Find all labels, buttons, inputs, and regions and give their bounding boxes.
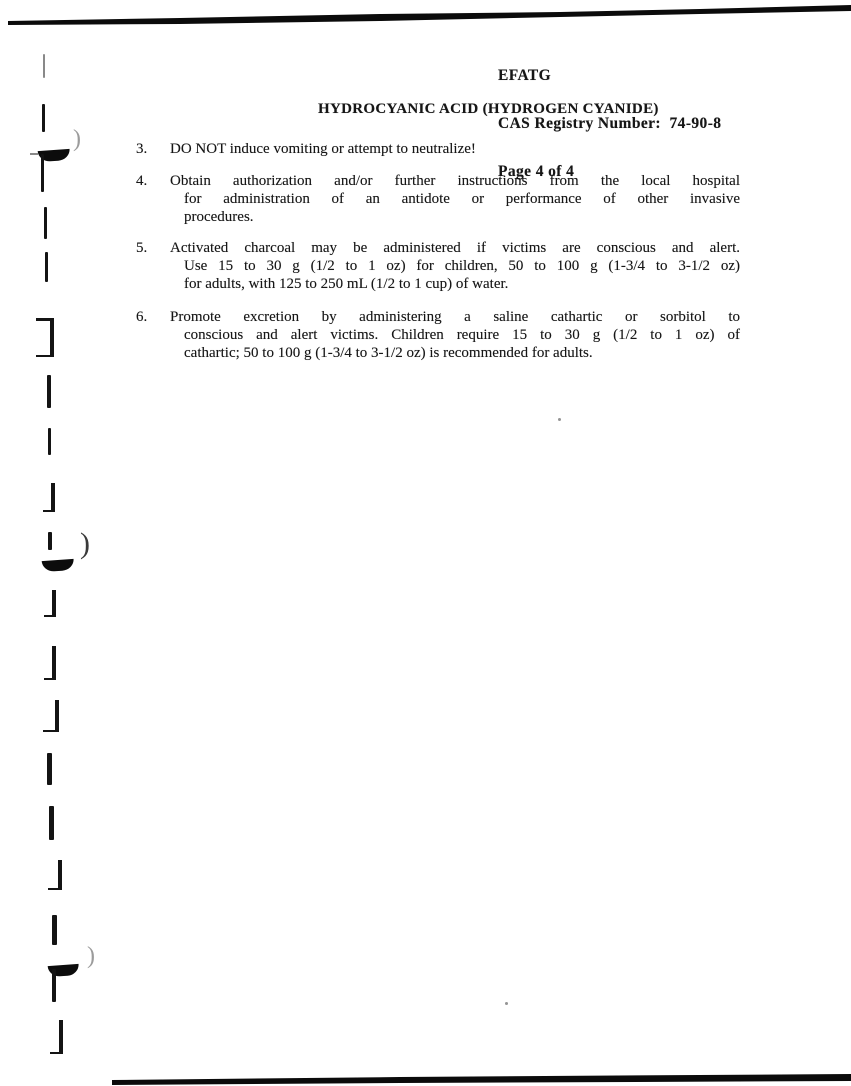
scan-artifact [558,418,561,421]
scan-artifact [42,104,45,132]
scan-artifact [43,54,45,78]
scan-artifact [47,753,52,785]
item-number: 3. [136,140,147,158]
scan-artifact [44,207,47,239]
scan-artifact: ) [73,127,81,151]
document-line: procedures. [184,208,254,226]
document-line: Use 15 to 30 g (1/2 to 1 oz) for childre… [184,257,740,275]
scan-artifact [45,252,48,282]
document-title: HYDROCYANIC ACID (HYDROGEN CYANIDE) [318,101,659,118]
scan-artifact [41,154,44,192]
item-number: 6. [136,308,147,326]
scan-artifact [50,1020,63,1054]
scan-artifact [49,806,54,840]
scan-artifact [43,700,59,732]
scan-artifact: ) [80,529,90,559]
document-line: Promote excretion by administering a sal… [170,308,740,326]
header-agency: EFATG [498,68,721,84]
document-line: Obtain authorization and/or further inst… [170,172,740,190]
scan-bottom-edge-line [0,1072,851,1086]
scan-artifact [52,915,57,945]
document-line: DO NOT induce vomiting or attempt to neu… [170,140,476,158]
scanned-document-page: EFATG CAS Registry Number: 74-90-8 Page … [0,0,851,1086]
scan-artifact [48,860,62,890]
scan-artifact [42,559,75,572]
scan-artifact [43,483,55,512]
document-line: for administration of an antidote or per… [184,190,740,208]
document-line: Activated charcoal may be administered i… [170,239,740,257]
scan-top-edge-line [0,0,851,30]
scan-artifact [48,428,51,455]
item-number: 5. [136,239,147,257]
item-number: 4. [136,172,147,190]
scan-artifact [47,375,51,408]
scan-artifact [52,969,56,1002]
scan-artifact [36,318,54,357]
scan-artifact [505,1002,508,1005]
scan-artifact [48,532,52,550]
header-cas-number: CAS Registry Number: 74-90-8 [498,116,721,132]
scan-artifact [30,153,38,155]
scan-artifact: ) [87,944,95,968]
document-line: for adults, with 125 to 250 mL (1/2 to 1… [184,275,508,293]
scan-artifact [44,590,56,617]
document-line: cathartic; 50 to 100 g (1-3/4 to 3-1/2 o… [184,344,593,362]
document-line: conscious and alert victims. Children re… [184,326,740,344]
scan-artifact [44,646,56,680]
